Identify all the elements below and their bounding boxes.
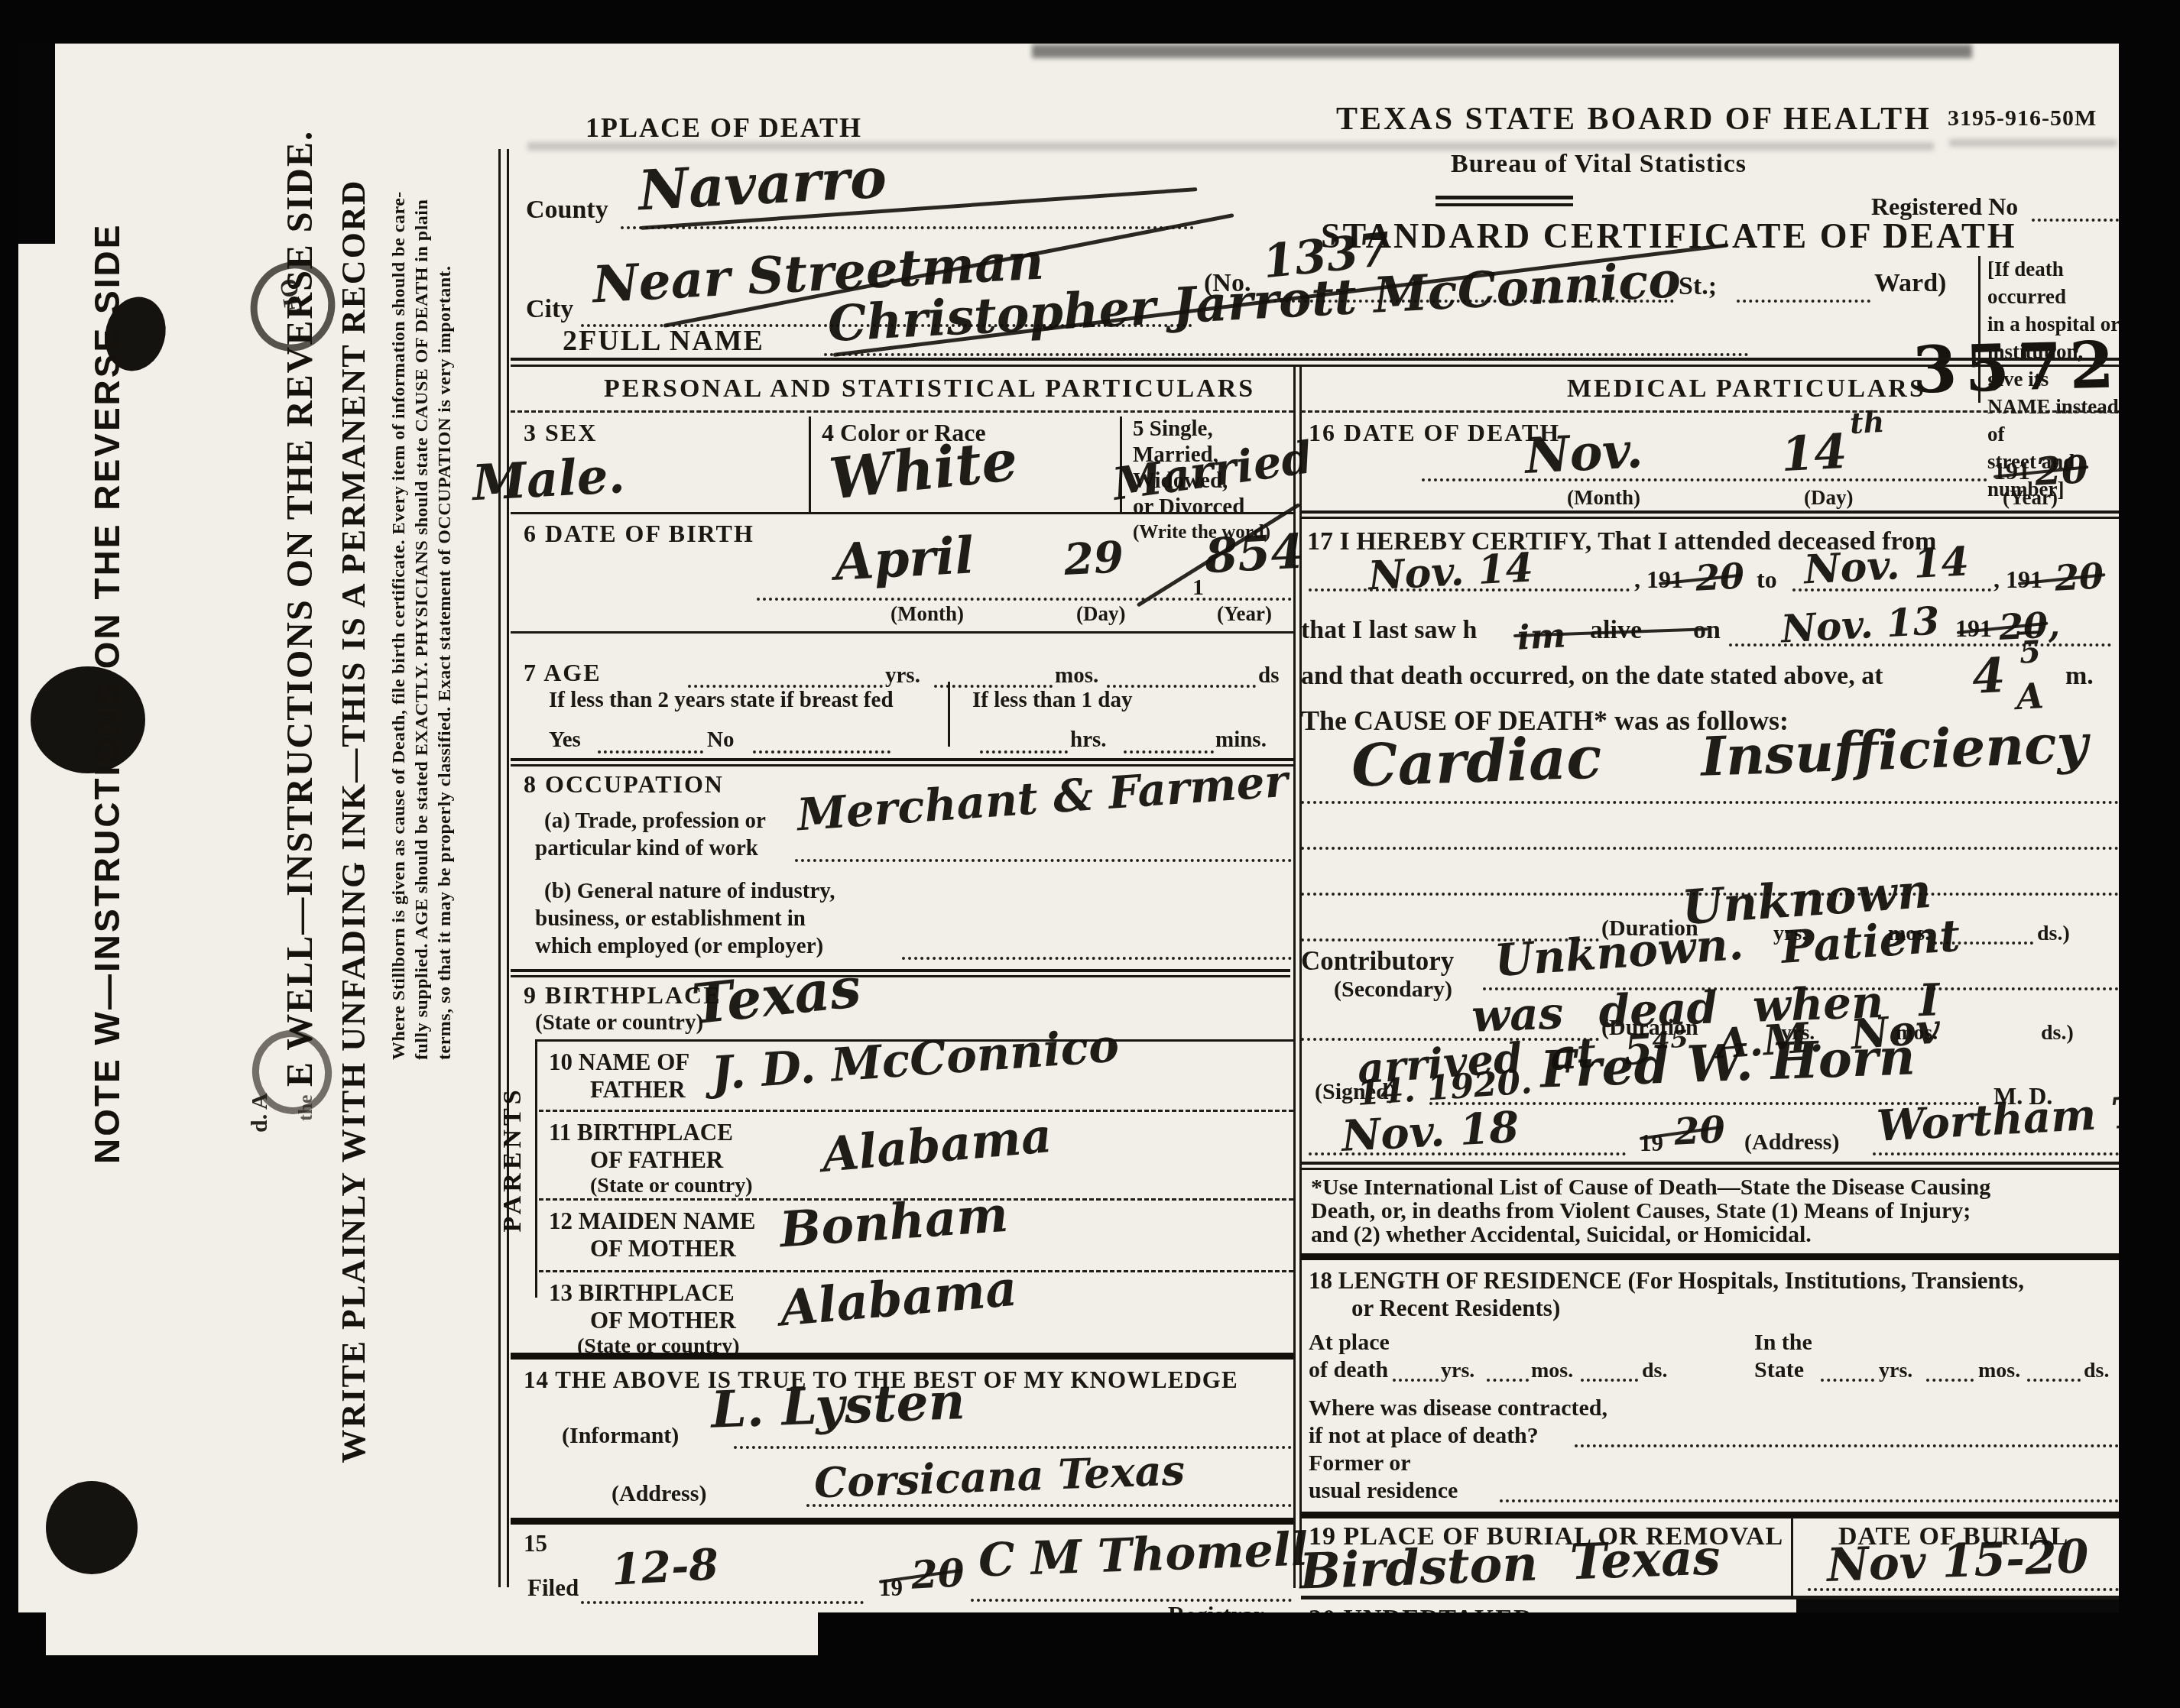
age-row-rule1 [511,758,1293,761]
scan-smudge-top [1032,44,1972,58]
death-certificate-scan: OF d. A the NOTE W—INSTRUCTIONS ON THE R… [0,0,2180,1708]
bureau-subtitle: Bureau of Vital Statistics [1451,150,1747,179]
dob-year-prefix: 1 [1192,575,1204,601]
margin-note-write-plainly-text: WRITE PLAINLY WITH UNFADING INK—THIS IS … [335,180,372,1463]
scan-border-bottom-right [818,1612,2119,1658]
dod-year-sub: (Year) [2003,486,2058,510]
full-name-label: 2FULL NAME [563,324,764,358]
cause-line-2 [1301,847,2119,850]
informant-label: (Informant) [562,1423,679,1449]
footnote-rule2 [1301,1168,2119,1170]
scan-border-bottom [0,1655,2180,1708]
scan-corner-shadow [18,44,55,244]
dob-line [757,598,1292,601]
informant-signature: L. Lysten [710,1371,966,1440]
scan-border-top [0,0,2180,44]
form-left-border-outer [498,149,501,1587]
burial-date-value: Nov 15-20 [1826,1530,2090,1593]
age-yrs-label: yrs. [885,663,920,689]
dod-month-value: Nov. [1523,422,1644,485]
mins-label: mins. [1215,728,1267,753]
margin-fine-print-line2: fully supplied. AGE should be stated EXA… [410,158,433,1060]
full-name-line [824,353,1749,356]
margin-note-reverse-side-text: NOTE W—INSTRUCTIONS ON THE REVERSE SIDE [87,223,127,1164]
burial-row-rule [1301,1596,2119,1599]
former-line [1500,1499,2119,1502]
res-yrs-1: yrs. [1441,1359,1474,1383]
lastsaw-on-label: on [1693,616,1721,645]
dob-year-sub: (Year) [1217,602,1272,626]
res-line-a3 [1581,1379,1638,1382]
sign-date-line [1309,1152,1626,1155]
mother-bp-label-1: 13 BIRTHPLACE [549,1279,735,1307]
former-label-2: usual residence [1309,1478,1458,1504]
former-label-1: Former or [1309,1450,1411,1476]
res-ds-1: ds. [1642,1359,1667,1383]
stamp-fragment-1: d. A [247,1026,273,1133]
occupation-b3: which employed (or employer) [535,934,823,959]
occupation-rule2 [511,975,1290,977]
father-rule [539,1110,1293,1112]
father-bp-label-1: 11 BIRTHPLACE [549,1119,733,1146]
res-mos-1: mos. [1531,1359,1573,1383]
scan-border-left [0,0,18,1708]
header-rule-1 [511,358,2119,361]
age-label: 7 AGE [524,659,602,687]
margin-note-write-plainly: WRITE PLAINLY WITH UNFADING INK—THIS IS … [334,310,373,1463]
filed-label: Filed [527,1574,579,1602]
place-of-death-label: 1PLACE OF DEATH [586,112,862,144]
age-ds-label: ds [1258,663,1279,689]
at-place-label: At place [1309,1330,1390,1356]
father-bp-sub: (State or country) [590,1174,753,1198]
sex-label: 3 SEX [524,419,597,447]
dob-row-rule [511,631,1293,634]
disease-label-2: if not at place of death? [1309,1423,1539,1449]
occupation-label: 8 OCCUPATION [524,770,724,799]
board-title: TEXAS STATE BOARD OF HEALTH [1336,101,1932,138]
dob-label: 6 DATE OF BIRTH [524,520,754,548]
residence-top-rule [1301,1253,2119,1260]
header-divider-bar1 [1435,196,1573,199]
certify-from-year-prefix: , 191 [1634,566,1683,594]
disease-line [1575,1444,2119,1447]
hrs-label: hrs. [1070,728,1107,753]
dod-rule1 [1301,510,2119,514]
margin-fine-print-line1: Where Stillborn is given as cause of Dea… [388,158,410,1060]
form-left-border-inner [507,149,509,1587]
lastsaw-label: that I last saw h [1301,616,1477,645]
st-label: St.; [1679,272,1717,301]
contributory-label: Contributory [1301,946,1454,977]
state-label: State [1754,1357,1804,1383]
mother-bp-label-2: OF MOTHER [590,1307,736,1334]
res-mos-2: mos. [1978,1359,2020,1383]
disease-label-1: Where was disease contracted, [1309,1395,1607,1421]
mins-line [1124,750,1214,754]
cause-value-2: Insufficiency [1700,711,2089,789]
sign-address-line [1873,1152,2119,1155]
form-number: 3195-916-50M [1948,105,2097,131]
no-line [753,750,890,754]
county-line [621,226,1194,229]
hospital-note-line1: [If death occurred [1987,255,2121,310]
certify-to-line [1792,588,1991,591]
county-label: County [526,196,608,225]
yes-label: Yes [549,728,581,753]
breastfed-label: If less than 2 years state if breast fed [549,688,894,713]
occupation-a1: (a) Trade, profession or [544,809,766,834]
dob-month-value: April [833,525,975,591]
personal-title-rule [511,410,1293,413]
dod-line [1422,478,1987,481]
age-center-divider [948,682,950,747]
dob-day-sub: (Day) [1076,602,1125,626]
footnote-rule1 [1301,1162,2119,1165]
mother-label-1: 12 MAIDEN NAME [549,1207,755,1235]
medical-title-rule [1301,410,2119,413]
death-time-sub: A [2016,675,2045,718]
ink-blot-lower-left [46,1481,138,1574]
occurred-m-label: m. [2065,662,2094,691]
occupation-rule1 [511,969,1290,972]
dod-rule2 [1301,517,2119,519]
footnote-line1: *Use International List of Cause of Deat… [1311,1175,2117,1199]
parents-vertical-label: PARENTS [498,1064,527,1255]
duration2-ds-label: ds.) [2041,1021,2074,1045]
burial-date-line [1808,1588,2119,1591]
lessday-label: If less than 1 day [972,688,1133,713]
dod-month-sub: (Month) [1567,486,1640,510]
ward-line [1737,300,1870,303]
certify-to-label: to [1757,566,1777,594]
informant-line [734,1446,1292,1449]
scan-border-right [2119,0,2180,1708]
age-mos-label: mos. [1055,663,1098,689]
header-divider-bar2 [1435,203,1573,206]
in-the-label: In the [1754,1330,1812,1356]
margin-note-well: E WELL—INSTRUCTIONS ON THE REVERSE SIDE. [279,196,321,1087]
residence-label-1: 18 LENGTH OF RESIDENCE (For Hospitals, I… [1309,1267,2024,1295]
paper-bottom-edge [46,1611,818,1655]
father-label-2: FATHER [590,1076,686,1104]
margin-note-well-text: E WELL—INSTRUCTIONS ON THE REVERSE SIDE. [280,130,320,1087]
dod-day-sup: th [1849,404,1885,440]
of-death-label: of death [1309,1357,1388,1383]
sex-value: Male. [471,447,626,512]
attest-rule [511,1353,1293,1360]
father-bp-label-2: OF FATHER [590,1146,723,1174]
footnote-line2: Death, or, in deaths from Violent Causes… [1311,1199,2117,1223]
dod-day-sub: (Day) [1804,486,1853,510]
res-line-a2 [1487,1379,1529,1382]
yes-line [598,750,703,754]
no-label: No [707,728,734,753]
occupation-b2: business, or establishment in [535,906,806,932]
informant-address-label: (Address) [612,1481,706,1507]
res-line-b1 [1821,1379,1874,1382]
margin-fine-print: Where Stillborn is given as cause of Dea… [388,158,456,1060]
cause-value-1: Cardiac [1351,723,1603,799]
hrs-line [980,750,1068,754]
birthplace-sub: (State or country) [535,1010,703,1035]
burial-divider [1791,1517,1793,1597]
occupation-b1: (b) General nature of industry, [544,879,835,904]
filed-rule [511,1518,1293,1525]
dod-year-prefix: 191 [1993,457,2030,485]
registered-no-label: Registered No [1871,193,2018,221]
signed-label: (Signed) [1315,1079,1397,1105]
occupation-b-line [902,957,1292,960]
margin-fine-print-line3: terms, so that it may be properly classi… [433,158,456,1060]
item15-label: 15 [524,1530,547,1557]
res-ds-2: ds. [2084,1359,2109,1383]
res-line-b3 [2027,1379,2081,1382]
dod-label: 16 DATE OF DEATH [1309,419,1560,447]
residence-label-2: or Recent Residents) [1351,1295,1560,1322]
occurred-label: and that death occurred, on the date sta… [1301,662,1883,691]
res-yrs-2: yrs. [1879,1359,1912,1383]
lastsaw-date: Nov. 13 [1780,598,1941,652]
sex-row-rule [511,512,1293,514]
footnote-line3: and (2) whether Accidental, Suicidal, or… [1311,1223,2117,1246]
secondary-label: (Secondary) [1334,977,1452,1003]
sex-race-divider [809,416,811,512]
res-line-a1 [1393,1379,1439,1382]
sign-address-label: (Address) [1744,1129,1839,1155]
scan-smudge-border2 [1949,139,2117,147]
cause-footnote: *Use International List of Cause of Deat… [1311,1175,2117,1246]
city-label: City [526,295,573,324]
dob-month-sub: (Month) [890,602,964,626]
certify-from-line [1309,588,1630,591]
occupation-a-line [795,859,1292,862]
margin-note-reverse-side: NOTE W—INSTRUCTIONS ON THE REVERSE SIDE [86,232,128,1164]
dob-day-value: 29 [1062,532,1124,585]
personal-section-title: PERSONAL AND STATISTICAL PARTICULARS [604,374,1255,404]
ward-label: Ward) [1874,269,1946,298]
res-line-b2 [1926,1379,1974,1382]
occupation-a2: particular kind of work [535,836,758,861]
duration-ds-label: ds.) [2037,922,2070,946]
father-label-1: 10 NAME OF [549,1048,689,1076]
header-rule-2 [511,365,2119,367]
death-time-sup: 5 [2019,634,2042,670]
mother-label-2: OF MOTHER [590,1235,736,1262]
filed-line [581,1601,864,1604]
registered-no-line [2032,219,2119,222]
filed-date-value: 12-8 [610,1539,719,1595]
cause-line-1 [1301,801,2119,804]
certify-to-year-prefix: , 191 [1993,566,2042,594]
parents-box-divider [535,1039,537,1298]
medical-section-title: MEDICAL PARTICULARS [1567,374,1926,404]
burial-top-rule [1301,1512,2119,1518]
death-time-hour: 4 [1971,647,2006,705]
certify-to-date: Nov. 14 [1803,538,1971,593]
dod-day-value: 14 [1779,423,1848,482]
parents-vertical-label-text: PARENTS [498,1086,527,1232]
